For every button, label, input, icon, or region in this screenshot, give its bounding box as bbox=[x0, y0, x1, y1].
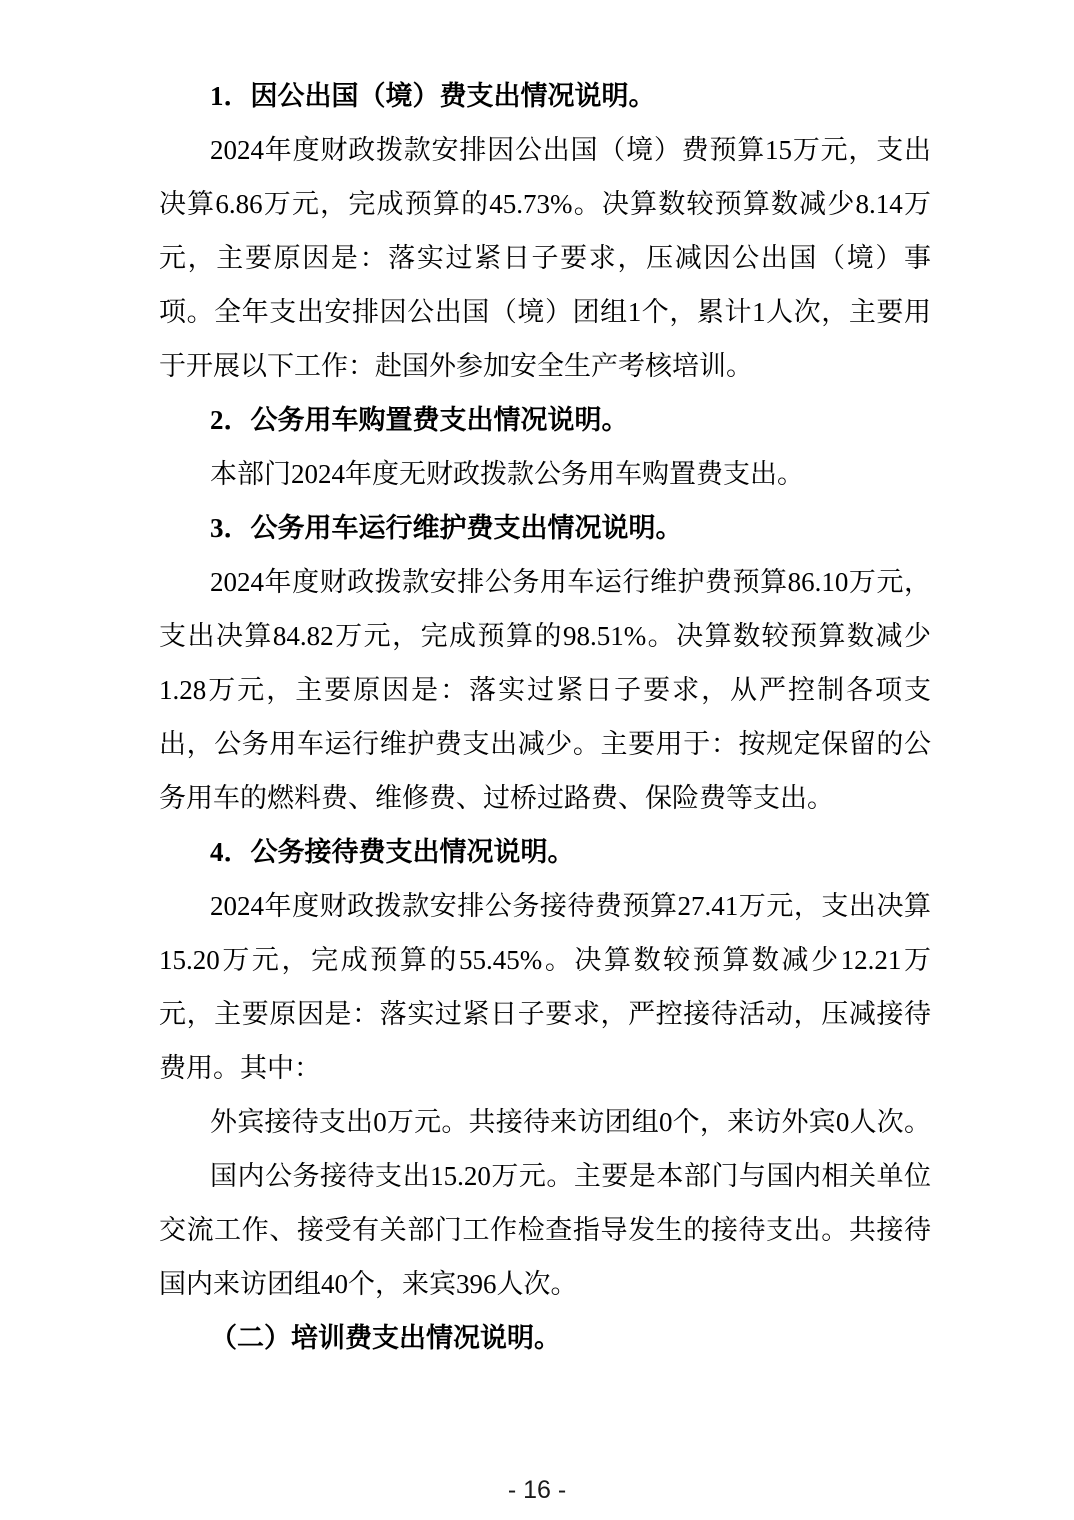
section-heading-3: 3．公务用车运行维护费支出情况说明。 bbox=[159, 501, 931, 555]
text-line: 项。全年支出安排因公出国（境）团组1个，累计1人次，主要用 bbox=[159, 285, 931, 339]
text-line: 2024年度财政拨款安排公务接待费预算27.41万元，支出决算 bbox=[159, 879, 931, 933]
text-line: 交流工作、接受有关部门工作检查指导发生的接待支出。共接待 bbox=[159, 1203, 931, 1257]
text-line: 费用。其中： bbox=[159, 1041, 931, 1095]
page-footer: - 16 - bbox=[0, 1476, 1074, 1505]
text-line: 15.20万元，完成预算的55.45%。决算数较预算数减少12.21万 bbox=[159, 933, 931, 987]
text-line: 国内来访团组40个，来宾396人次。 bbox=[159, 1257, 931, 1311]
text-line: 1.28万元，主要原因是：落实过紧日子要求，从严控制各项支 bbox=[159, 663, 931, 717]
text-line: 本部门2024年度无财政拨款公务用车购置费支出。 bbox=[159, 447, 931, 501]
text-line: 务用车的燃料费、维修费、过桥过路费、保险费等支出。 bbox=[159, 771, 931, 825]
document-body: 1．因公出国（境）费支出情况说明。 2024年度财政拨款安排因公出国（境）费预算… bbox=[159, 69, 931, 1365]
page-number: - 16 - bbox=[508, 1476, 566, 1504]
text-line: 于开展以下工作：赴国外参加安全生产考核培训。 bbox=[159, 339, 931, 393]
text-line: 支出决算84.82万元，完成预算的98.51%。决算数较预算数减少 bbox=[159, 609, 931, 663]
text-line: 决算6.86万元，完成预算的45.73%。决算数较预算数减少8.14万 bbox=[159, 177, 931, 231]
text-line: 元，主要原因是：落实过紧日子要求，严控接待活动，压减接待 bbox=[159, 987, 931, 1041]
text-line: 元，主要原因是：落实过紧日子要求，压减因公出国（境）事 bbox=[159, 231, 931, 285]
text-line: 外宾接待支出0万元。共接待来访团组0个，来访外宾0人次。 bbox=[159, 1095, 931, 1149]
section-heading-4: 4．公务接待费支出情况说明。 bbox=[159, 825, 931, 879]
text-line: 国内公务接待支出15.20万元。主要是本部门与国内相关单位 bbox=[159, 1149, 931, 1203]
text-line: 出，公务用车运行维护费支出减少。主要用于：按规定保留的公 bbox=[159, 717, 931, 771]
subsection-heading-2: （二）培训费支出情况说明。 bbox=[159, 1311, 931, 1365]
text-line: 2024年度财政拨款安排公务用车运行维护费预算86.10万元， bbox=[159, 555, 931, 609]
section-heading-1: 1．因公出国（境）费支出情况说明。 bbox=[159, 69, 931, 123]
document-page: 1．因公出国（境）费支出情况说明。 2024年度财政拨款安排因公出国（境）费预算… bbox=[0, 0, 1074, 1520]
section-heading-2: 2．公务用车购置费支出情况说明。 bbox=[159, 393, 931, 447]
text-line: 2024年度财政拨款安排因公出国（境）费预算15万元，支出 bbox=[159, 123, 931, 177]
